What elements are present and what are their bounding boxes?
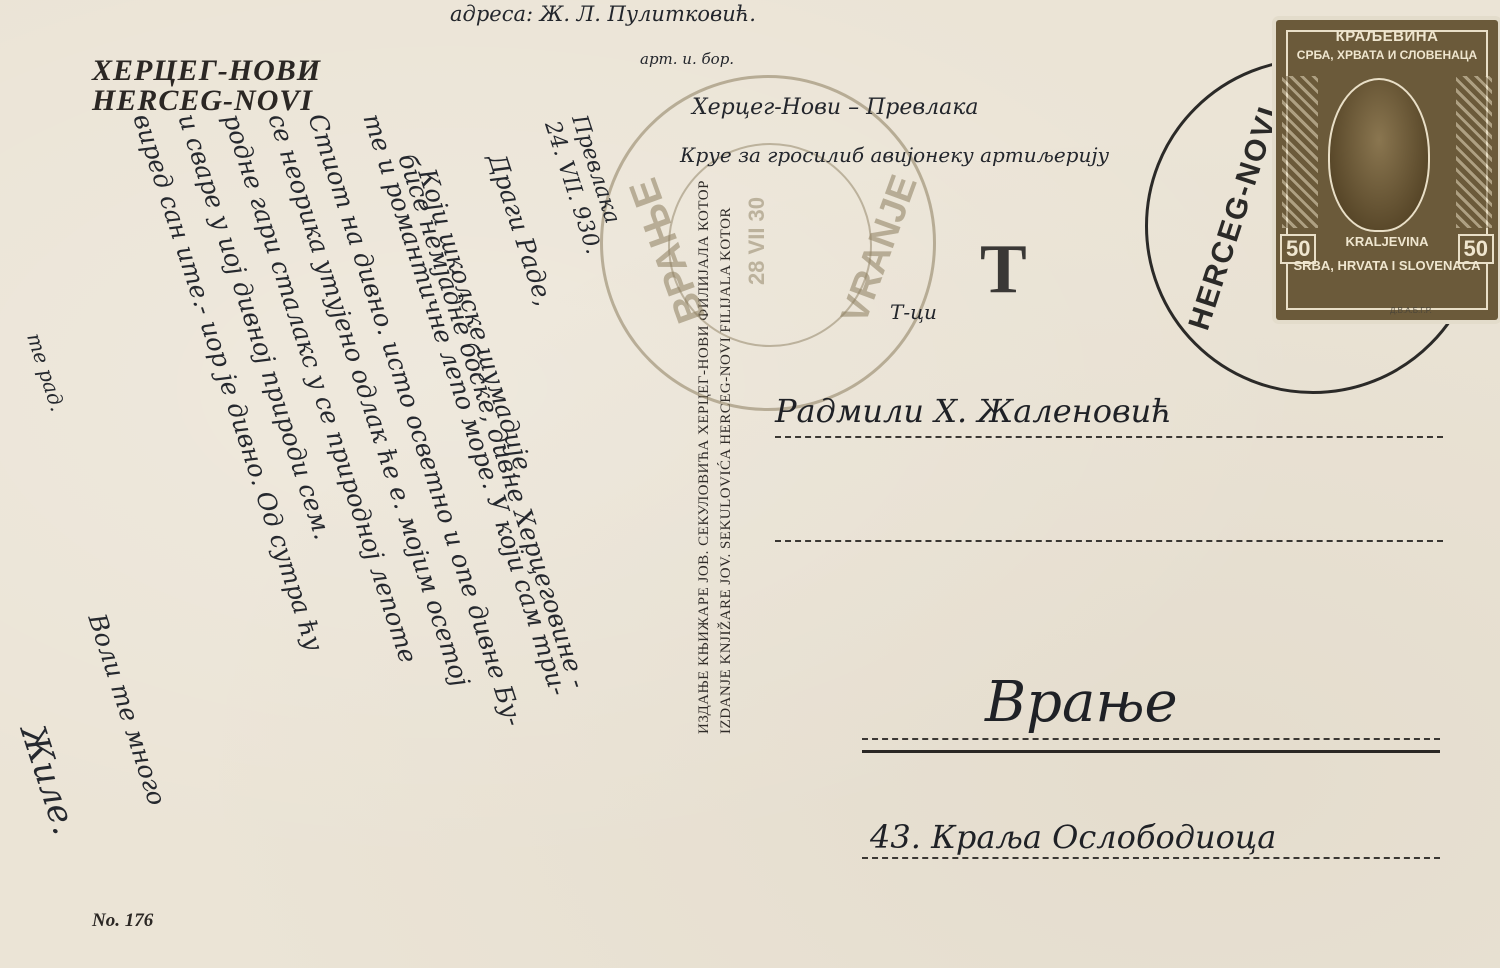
address-line-3 xyxy=(862,738,1440,740)
stamp-bottom-line1: KRALJEVINA xyxy=(1276,234,1498,249)
sender-address-line3: Херцег-Нови – Превлака xyxy=(692,95,979,120)
message-line: и сваре у иој дивној природи сем. xyxy=(172,110,337,543)
postmark-vranje-date: 28 VII 30 xyxy=(744,197,770,285)
stamp-top-line1: КРАЉЕВИНА xyxy=(1276,28,1498,45)
recipient-city: Врање xyxy=(985,670,1178,735)
printed-title-cyrillic: ХЕРЦЕГ-НОВИ xyxy=(92,54,321,88)
printed-title-latin: HERCEG-NOVI xyxy=(92,84,313,118)
recipient-name: Радмили Х. Жаленовић xyxy=(775,392,1172,430)
message-line: бисе немјадне боске, дивне Херцеговине - xyxy=(392,150,593,692)
message-line: виред сан ите.- иор је дивно. Од сутра ћ… xyxy=(127,110,329,654)
address-line-2 xyxy=(775,540,1443,542)
message-line: те и романтичне лепо море. У који сам тр… xyxy=(357,110,573,699)
postage-due-mark: T xyxy=(980,230,1027,310)
message-line: Драги Раде, xyxy=(482,150,558,309)
postage-stamp: КРАЉЕВИНА СРБА, ХРВАТА И СЛОВЕНАЦА 50 50… xyxy=(1276,20,1498,320)
postage-due-note: Т-ци xyxy=(890,300,937,324)
address-underline-solid xyxy=(862,750,1440,753)
stamp-ornament-right xyxy=(1456,76,1492,228)
message-line: родне гари сталакс у се природној лепоте xyxy=(217,110,423,667)
message-line: Који школске шумадије, xyxy=(412,165,540,482)
message-line: Стиот на дивно. исто осветно и опе дивне… xyxy=(302,110,528,730)
sender-address-line1: адреса: Ж. Л. Пулитковић. xyxy=(450,2,756,26)
message-line: те рад. xyxy=(22,330,70,414)
address-line-4 xyxy=(862,857,1440,859)
stamp-top-line2: СРБА, ХРВАТА И СЛОВЕНАЦА xyxy=(1276,48,1498,62)
card-number: No. 176 xyxy=(92,910,153,932)
stamp-ornament-left xyxy=(1282,76,1318,228)
message-date: 24. VII. 930. xyxy=(539,118,605,257)
message-line: се неорика утујено одлак ће е. мојим осе… xyxy=(262,110,475,690)
address-line-1 xyxy=(775,436,1443,438)
stamp-printer-mark: Д.В.А.Б.Г.Р. xyxy=(1390,306,1432,315)
sender-address-line2: арт. и. бор. xyxy=(640,50,734,68)
message-signature: Жиле. xyxy=(12,720,85,840)
postmark-herceg-novi-text: HERCEG-NOVI xyxy=(1183,102,1288,335)
sender-address-line4: Круе за гросилиб авијонеку артиљерију xyxy=(680,143,1109,167)
message-line: Воли те много xyxy=(82,610,171,809)
postmark-vranje: ВРАЊЕ VRANJE 28 VII 30 xyxy=(600,75,936,411)
stamp-portrait-icon xyxy=(1328,78,1430,232)
stamp-bottom-line2: SRBA, HRVATA I SLOVENACA xyxy=(1276,258,1498,273)
postcard-back: ХЕРЦЕГ-НОВИ HERCEG-NOVI No. 176 ИЗДАЊЕ К… xyxy=(0,0,1500,968)
recipient-street: 43. Краља Ослободиоца xyxy=(870,818,1276,856)
